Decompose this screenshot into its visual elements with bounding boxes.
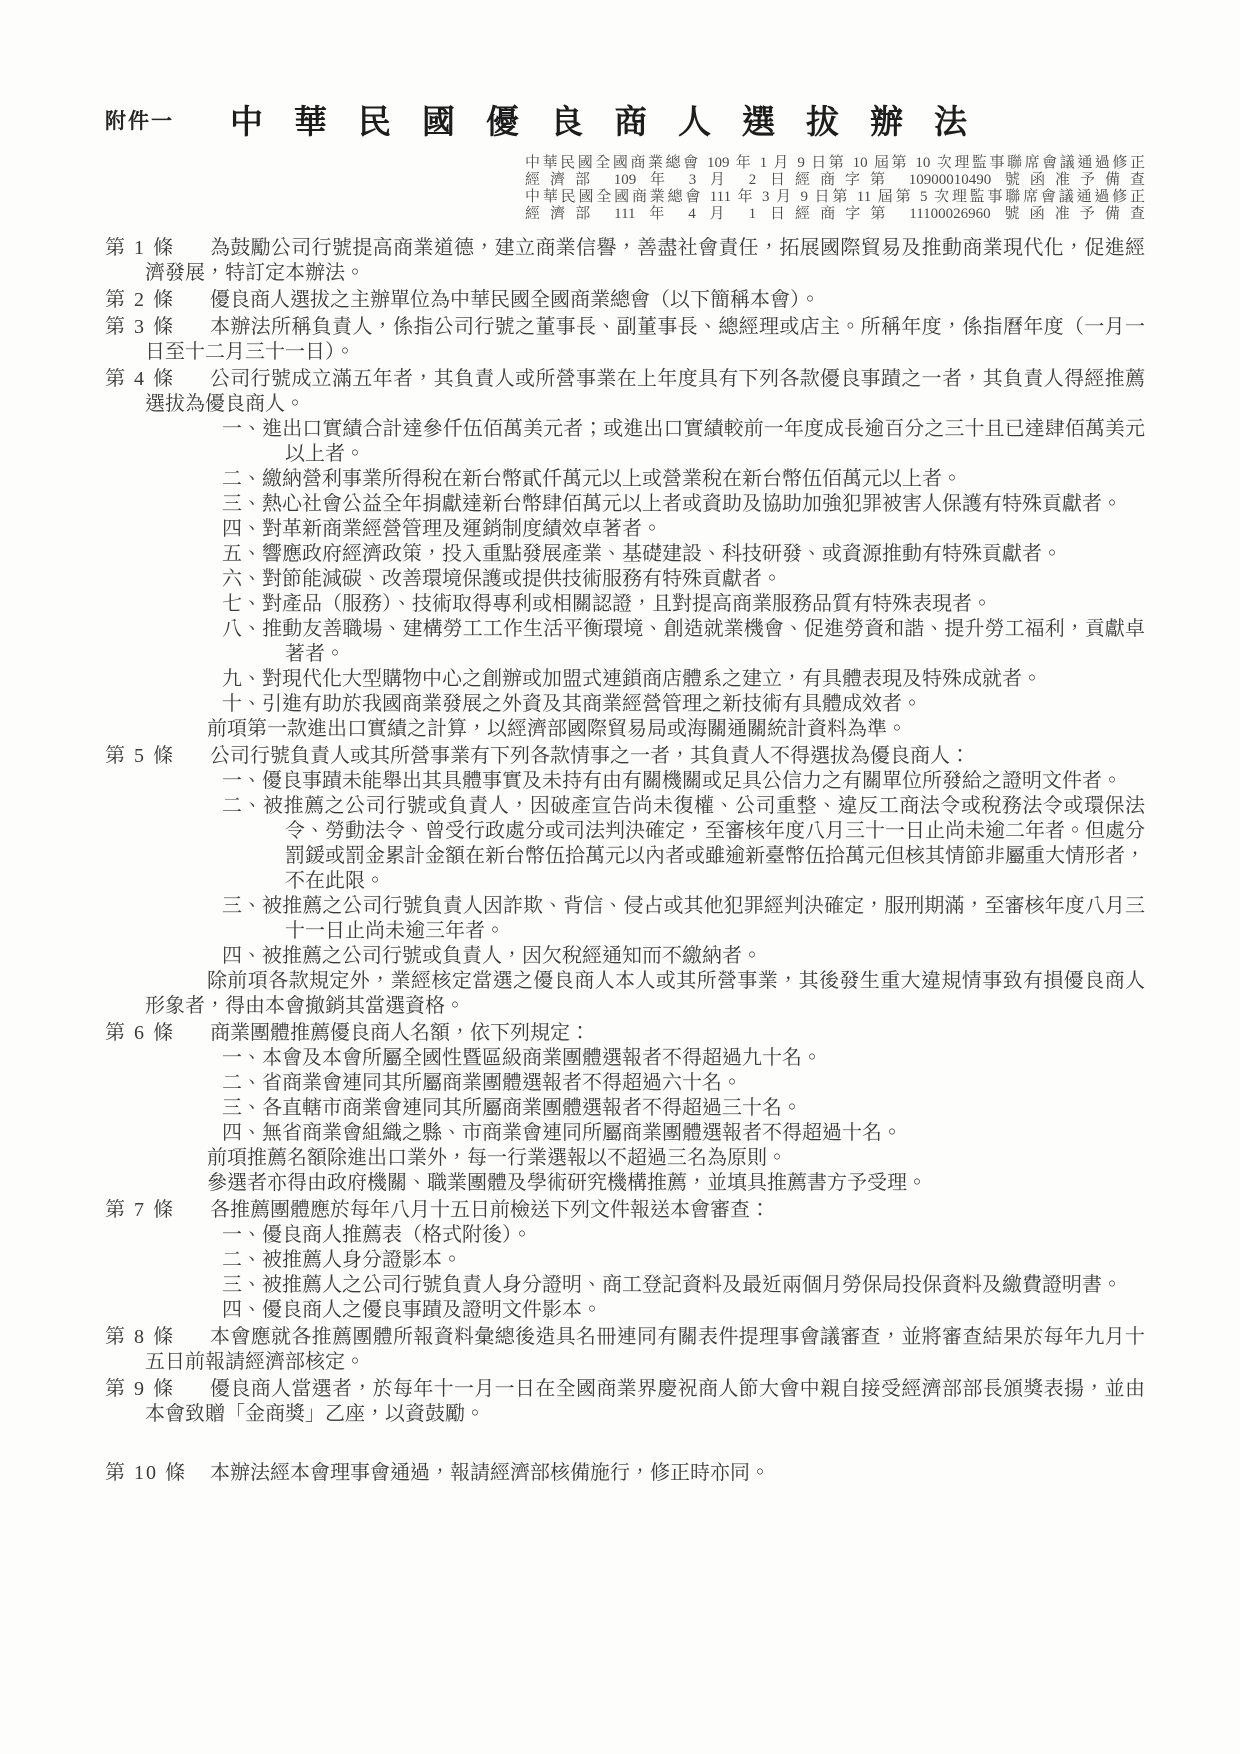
article-number: 第 1 條 — [105, 236, 175, 261]
article-item: 四、優良商人之優良事蹟及證明文件影本。 — [145, 1298, 1145, 1323]
article-item: 十、引進有助於我國商業發展之外資及其商業經營管理之新技術有具體成效者。 — [145, 692, 1145, 717]
article-number: 第 8 條 — [105, 1325, 175, 1350]
attachment-label: 附件一 — [105, 96, 230, 135]
article-item: 四、被推薦之公司行號或負責人，因欠稅經通知而不繳納者。 — [145, 944, 1145, 969]
article-text: 本辦法經本會理事會通過，報請經濟部核備施行，修正時亦同。 — [145, 1461, 1145, 1486]
article-note: 前項第一款進出口實績之計算，以經濟部國際貿易局或海關通關統計資料為準。 — [145, 717, 1145, 742]
article-7: 第 7 條 各推薦團體應於每年八月十五日前檢送下列文件報送本會審查： 一、優良商… — [105, 1198, 1145, 1323]
document-page: 附件一 中華民國優良商人選拔辦法 中華民國全國商業總會 109 年 1 月 9 … — [0, 0, 1240, 1754]
article-3: 第 3 條 本辦法所稱負責人，係指公司行號之董事長、副董事長、總經理或店主。所稱… — [105, 315, 1145, 365]
article-item: 六、對節能減碳、改善環境保護或提供技術服務有特殊貢獻者。 — [145, 567, 1145, 592]
article-item: 三、各直轄市商業會連同其所屬商業團體選報者不得超過三十名。 — [145, 1096, 1145, 1121]
article-number: 第 3 條 — [105, 315, 175, 340]
article-1: 第 1 條 為鼓勵公司行號提高商業道德，建立商業信譽，善盡社會責任，拓展國際貿易… — [105, 236, 1145, 286]
article-item: 七、對產品（服務）、技術取得專利或相關認證，且對提高商業服務品質有特殊表現者。 — [145, 592, 1145, 617]
article-10: 第 10 條 本辦法經本會理事會通過，報請經濟部核備施行，修正時亦同。 — [105, 1461, 1145, 1486]
article-8: 第 8 條 本會應就各推薦團體所報資料彙總後造具名冊連同有關表件提理事會議審查，… — [105, 1325, 1145, 1375]
article-item: 四、對革新商業經營管理及運銷制度績效卓著者。 — [145, 517, 1145, 542]
article-text: 本會應就各推薦團體所報資料彙總後造具名冊連同有關表件提理事會議審查，並將審查結果… — [145, 1325, 1145, 1375]
title-bar: 附件一 中華民國優良商人選拔辦法 — [105, 96, 1145, 143]
article-item: 一、優良商人推薦表（格式附後）。 — [145, 1223, 1145, 1248]
article-note: 除前項各款規定外，業經核定當選之優良商人本人或其所營事業，其後發生重大違規情事致… — [145, 969, 1145, 1019]
article-number: 第 10 條 — [105, 1461, 187, 1486]
article-number: 第 7 條 — [105, 1198, 175, 1223]
page-title: 中華民國優良商人選拔辦法 — [230, 96, 998, 143]
articles-body: 第 1 條 為鼓勵公司行號提高商業道德，建立商業信譽，善盡社會責任，拓展國際貿易… — [105, 236, 1145, 1486]
article-item: 二、省商業會連同其所屬商業團體選報者不得超過六十名。 — [145, 1071, 1145, 1096]
article-text: 公司行號成立滿五年者，其負責人或所營事業在上年度具有下列各款優良事蹟之一者，其負… — [145, 367, 1145, 417]
article-text: 公司行號負責人或其所營事業有下列各款情事之一者，其負責人不得選拔為優良商人： — [145, 744, 1145, 769]
article-text: 本辦法所稱負責人，係指公司行號之董事長、副董事長、總經理或店主。所稱年度，係指曆… — [145, 315, 1145, 365]
article-item: 一、優良事蹟未能舉出其具體事實及未持有由有關機關或足具公信力之有關單位所發給之證… — [145, 769, 1145, 794]
article-text: 為鼓勵公司行號提高商業道德，建立商業信譽，善盡社會責任，拓展國際貿易及推動商業現… — [145, 236, 1145, 286]
article-note: 參選者亦得由政府機關、職業團體及學術研究機構推薦，並填具推薦書方予受理。 — [145, 1171, 1145, 1196]
article-note: 前項推薦名額除進出口業外，每一行業選報以不超過三名為原則。 — [145, 1146, 1145, 1171]
article-item: 九、對現代化大型購物中心之創辦或加盟式連鎖商店體系之建立，有具體表現及特殊成就者… — [145, 667, 1145, 692]
article-4: 第 4 條 公司行號成立滿五年者，其負責人或所營事業在上年度具有下列各款優良事蹟… — [105, 367, 1145, 742]
article-item: 四、無省商業會組織之縣、市商業會連同所屬商業團體選報者不得超過十名。 — [145, 1121, 1145, 1146]
article-text: 商業團體推薦優良商人名額，依下列規定： — [145, 1021, 1145, 1046]
article-9: 第 9 條 優良商人當選者，於每年十一月一日在全國商業界慶祝商人節大會中親自接受… — [105, 1377, 1145, 1427]
approval-notes: 中華民國全國商業總會 109 年 1 月 9 日第 10 屆第 10 次理監事聯… — [525, 155, 1145, 223]
article-2: 第 2 條 優良商人選拔之主辦單位為中華民國全國商業總會（以下簡稱本會）。 — [105, 288, 1145, 313]
article-item: 八、推動友善職場、建構勞工工作生活平衡環境、創造就業機會、促進勞資和諧、提升勞工… — [145, 617, 1145, 667]
article-item: 五、響應政府經濟政策，投入重點發展產業、基礎建設、科技研發、或資源推動有特殊貢獻… — [145, 542, 1145, 567]
article-item: 一、本會及本會所屬全國性暨區級商業團體選報者不得超過九十名。 — [145, 1046, 1145, 1071]
article-number: 第 4 條 — [105, 367, 175, 392]
article-5: 第 5 條 公司行號負責人或其所營事業有下列各款情事之一者，其負責人不得選拔為優… — [105, 744, 1145, 1019]
approval-note-line: 經濟部 109 年 3 月 2 日經商字第 10900010490 號函准予備查 — [525, 172, 1145, 189]
article-item: 三、被推薦人之公司行號負責人身分證明、商工登記資料及最近兩個月勞保局投保資料及繳… — [145, 1273, 1145, 1298]
approval-note-line: 中華民國全國商業總會 109 年 1 月 9 日第 10 屆第 10 次理監事聯… — [525, 155, 1145, 172]
article-number: 第 9 條 — [105, 1377, 175, 1402]
article-6: 第 6 條 商業團體推薦優良商人名額，依下列規定： 一、本會及本會所屬全國性暨區… — [105, 1021, 1145, 1196]
article-text: 優良商人當選者，於每年十一月一日在全國商業界慶祝商人節大會中親自接受經濟部部長頒… — [145, 1377, 1145, 1427]
article-number: 第 2 條 — [105, 288, 175, 313]
article-number: 第 5 條 — [105, 744, 175, 769]
article-item: 二、被推薦人身分證影本。 — [145, 1248, 1145, 1273]
article-item: 一、進出口實績合計達參仟伍佰萬美元者；或進出口實績較前一年度成長逾百分之三十且已… — [145, 417, 1145, 467]
article-number: 第 6 條 — [105, 1021, 175, 1046]
approval-note-line: 中華民國全國商業總會 111 年 3 月 9 日第 11 屆第 5 次理監事聯席… — [525, 189, 1145, 206]
article-item: 二、被推薦之公司行號或負責人，因破產宣告尚未復權、公司重整、違反工商法令或稅務法… — [145, 794, 1145, 894]
article-item: 三、被推薦之公司行號負責人因詐欺、背信、侵占或其他犯罪經判決確定，服刑期滿，至審… — [145, 894, 1145, 944]
approval-note-line: 經濟部 111 年 4 月 1 日經商字第 11100026960 號函准予備查 — [525, 206, 1145, 223]
article-text: 優良商人選拔之主辦單位為中華民國全國商業總會（以下簡稱本會）。 — [145, 288, 1145, 313]
article-text: 各推薦團體應於每年八月十五日前檢送下列文件報送本會審查： — [145, 1198, 1145, 1223]
article-item: 二、繳納營利事業所得稅在新台幣貳仟萬元以上或營業稅在新台幣伍佰萬元以上者。 — [145, 467, 1145, 492]
article-item: 三、熱心社會公益全年捐獻達新台幣肆佰萬元以上者或資助及協助加強犯罪被害人保護有特… — [145, 492, 1145, 517]
